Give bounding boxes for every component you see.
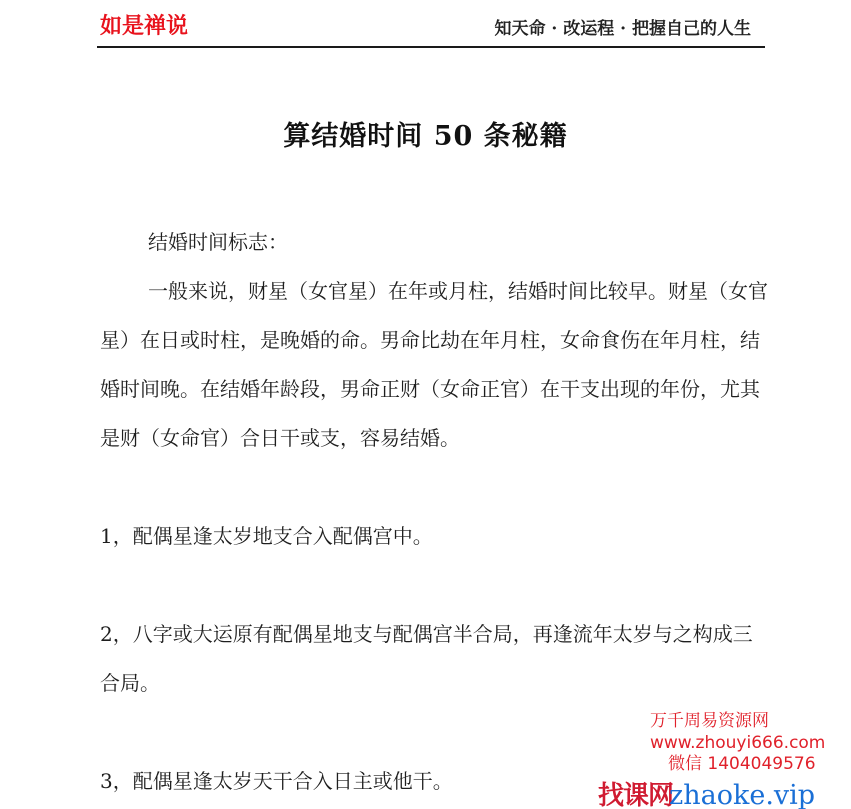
- spacer: [100, 463, 770, 512]
- watermark-site-url: www.zhouyi666.com: [650, 732, 851, 754]
- spacer: [100, 561, 770, 610]
- list-item: 1，配偶星逢太岁地支合入配偶宫中。: [100, 512, 770, 561]
- intro-paragraph: 一般来说，财星（女官星）在年或月柱，结婚时间比较早。财星（女官星）在日或时柱，是…: [100, 267, 770, 463]
- document-title: 算结婚时间 50 条秘籍: [0, 114, 851, 153]
- header-slogan: 知天命 · 改运程 · 把握自己的人生: [494, 14, 751, 39]
- watermark-site-name: 万千周易资源网: [650, 710, 851, 732]
- page-header: 如是禅说 知天命 · 改运程 · 把握自己的人生: [97, 0, 765, 48]
- watermark-overlay: 找课网zhaoke.vip: [598, 775, 851, 809]
- list-item: 2，八字或大运原有配偶星地支与配偶宫半合局，再逢流年太岁与之构成三合局。: [100, 610, 770, 708]
- watermark-overlay-cn: 找课网: [598, 781, 673, 809]
- watermark-overlay-en: zhaoke.vip: [669, 780, 815, 809]
- brand-logo-text: 如是禅说: [100, 9, 188, 40]
- watermark-block: 万千周易资源网 www.zhouyi666.com 微信 1404049576: [590, 710, 851, 774]
- watermark-wechat: 微信 1404049576: [668, 754, 851, 774]
- section-label: 结婚时间标志：: [100, 218, 770, 267]
